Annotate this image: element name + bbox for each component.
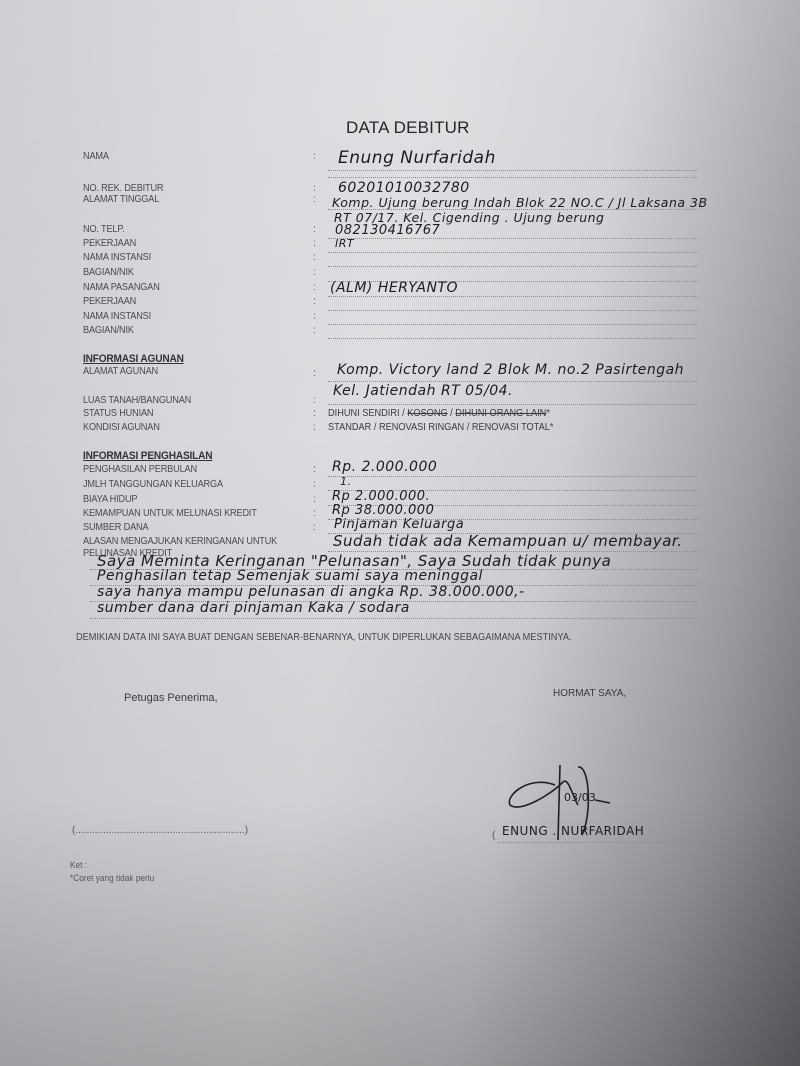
officer-signature-line: (.......................................… (72, 825, 248, 836)
dotted-line (328, 324, 698, 325)
label-kemampuan: KEMAMPUAN UNTUK MELUNASI KREDIT (83, 508, 257, 519)
colon: : (313, 267, 316, 278)
value-biaya-hidup: Rp 2.000.000. (332, 489, 430, 504)
label-nama-pasangan: NAMA PASANGAN (83, 282, 160, 293)
value-nama: Enung Nurfaridah (338, 148, 496, 168)
dotted-line (328, 381, 698, 382)
debtor-printed-name: ENUNG . NURFARIDAH (502, 824, 644, 838)
status-option-struck: DIHUNI ORANG LAIN (455, 408, 546, 419)
section-heading-penghasilan: INFORMASI PENGHASILAN (83, 450, 212, 462)
label-nama: NAMA (83, 151, 109, 162)
colon: : (313, 194, 316, 205)
dotted-line (328, 238, 698, 239)
label-no-telp: NO. TELP. (83, 224, 124, 235)
label-bagian-nik-pasangan: BAGIAN/NIK (83, 325, 134, 336)
value-no-telp: 082130416767 (335, 223, 440, 238)
label-no-rek: NO. REK. DEBITUR (83, 183, 163, 194)
label-alamat-agunan: ALAMAT AGUNAN (83, 366, 158, 377)
svg-text:03/03: 03/03 (564, 791, 596, 804)
dotted-line (498, 842, 698, 843)
colon: : (313, 238, 316, 249)
label-alamat-tinggal: ALAMAT TINGGAL (83, 194, 159, 205)
officer-label: Petugas Penerima, (124, 692, 218, 704)
dotted-line (328, 310, 698, 311)
dotted-line (328, 252, 698, 253)
label-bagian-nik: BAGIAN/NIK (83, 267, 134, 278)
value-alasan-line-3: Penghasilan tetap Semenjak suami saya me… (97, 568, 483, 584)
label-status-hunian: STATUS HUNIAN (83, 408, 153, 419)
colon: : (313, 522, 316, 533)
colon: : (313, 479, 316, 490)
dotted-line (90, 618, 698, 619)
colon: : (313, 408, 316, 419)
colon: : (313, 311, 316, 322)
debtor-signature-line-open: ( (492, 830, 495, 841)
value-alamat-agunan-1: Komp. Victory land 2 Blok M. no.2 Pasirt… (337, 362, 684, 378)
declaration-statement: DEMIKIAN DATA INI SAYA BUAT DENGAN SEBEN… (76, 632, 572, 643)
colon: : (313, 325, 316, 336)
dotted-line (328, 177, 698, 178)
value-status-hunian: DIHUNI SENDIRI / KOSONG / DIHUNI ORANG L… (328, 408, 550, 419)
colon: : (313, 368, 316, 379)
note-text: *Coret yang tidak perlu (70, 873, 154, 883)
value-no-rek: 6020101003​2780 (338, 180, 470, 196)
colon: : (313, 282, 316, 293)
document-title: DATA DEBITUR (346, 118, 470, 138)
colon: : (313, 464, 316, 475)
status-option-struck: KOSONG (407, 408, 447, 419)
label-nama-instansi: NAMA INSTANSI (83, 252, 151, 263)
status-option-selected: DIHUNI SENDIRI / (328, 408, 407, 419)
colon: : (313, 494, 316, 505)
value-alasan-line-4: saya hanya mampu pelunasan di angka Rp. … (97, 584, 525, 600)
value-kondisi-agunan: STANDAR / RENOVASI RINGAN / RENOVASI TOT… (328, 422, 553, 433)
label-tanggungan: JMLH TANGGUNGAN KELUARGA (83, 479, 223, 490)
value-nama-pasangan: (ALM) HERYANTO (330, 280, 458, 296)
dotted-line (328, 209, 698, 210)
label-pekerjaan: PEKERJAAN (83, 238, 136, 249)
value-tanggungan: 1. (340, 475, 352, 488)
colon: : (313, 151, 316, 162)
label-alasan-1: ALASAN MENGAJUKAN KERINGANAN UNTUK (83, 536, 277, 547)
dotted-line (328, 170, 698, 171)
colon: : (313, 395, 316, 406)
label-sumber-dana: SUMBER DANA (83, 522, 148, 533)
value-alamat-agunan-2: Kel. Jatiendah RT 05/04. (333, 383, 513, 399)
value-penghasilan: Rp. 2.000.000 (332, 459, 437, 475)
value-alamat-tinggal-1: Komp. Ujung berung Indah Blok 22 NO.C / … (332, 195, 708, 210)
label-penghasilan: PENGHASILAN PERBULAN (83, 464, 197, 475)
value-alasan-line-5: sumber dana dari pinjaman Kaka / sodara (97, 600, 410, 616)
colon: : (313, 252, 316, 263)
colon: : (313, 224, 316, 235)
colon: : (313, 296, 316, 307)
debtor-sign-label: HORMAT SAYA, (553, 688, 626, 699)
footnote-mark: * (546, 408, 550, 419)
dotted-line (328, 296, 698, 297)
label-nama-instansi-pasangan: NAMA INSTANSI (83, 311, 151, 322)
note-title: Ket : (70, 860, 87, 870)
label-biaya-hidup: BIAYA HIDUP (83, 494, 137, 505)
value-kemampuan: Rp 38.000.000 (332, 503, 434, 518)
colon: : (313, 508, 316, 519)
dotted-line (328, 404, 698, 405)
dotted-line (328, 338, 698, 339)
dotted-line (328, 266, 698, 267)
colon: : (313, 183, 316, 194)
value-sumber-dana: Pinjaman Keluarga (334, 517, 464, 532)
value-pekerjaan: IRT (335, 237, 354, 250)
value-alasan-line-1: Sudah tidak ada Kemampuan u/ membayar. (333, 532, 682, 550)
label-luas-tanah: LUAS TANAH/BANGUNAN (83, 395, 191, 406)
colon: : (313, 422, 316, 433)
label-kondisi-agunan: KONDISI AGUNAN (83, 422, 160, 433)
section-heading-agunan: INFORMASI AGUNAN (83, 353, 184, 365)
label-pekerjaan-pasangan: PEKERJAAN (83, 296, 136, 307)
dotted-line (328, 476, 698, 477)
